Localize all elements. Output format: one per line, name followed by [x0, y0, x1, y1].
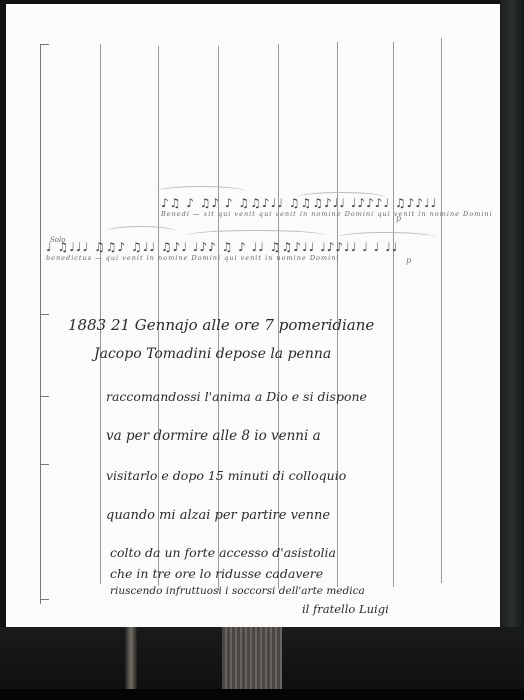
dynamic-marking-lower: p [406, 256, 411, 265]
column-rule [337, 42, 338, 587]
plate-right-edge [500, 0, 524, 700]
note-line-3: raccomandossi l'anima a Dio e si dispone [106, 389, 367, 404]
column-rule [441, 38, 442, 583]
note-line-2: Jacopo Tomadini depose la penna [94, 346, 331, 362]
note-line-6: quando mi alzai per partire venne [106, 508, 330, 523]
column-rule [393, 42, 394, 587]
note-line-9: riuscendo infruttuosi i soccorsi dell'ar… [110, 585, 365, 597]
note-line-1: 1883 21 Gennajo alle ore 7 pomeridiane [68, 316, 374, 334]
staff-lower-lyric: benedictus — qui venit in nomine Domini … [46, 254, 398, 262]
note-line-5: visitarlo e dopo 15 minuti di colloquio [106, 468, 346, 483]
music-staff-lower: ♩ ♫♩♩♩ ♫♫♪ ♫♩♩ ♫♪♩ ♩♪♪ ♫ ♪ ♩♩ ♫♫♪♩♩ ♩♪♪♩… [46, 240, 398, 262]
signature: il fratello Luigi [302, 602, 389, 616]
staff-upper-lyric: Benedi — xit qui venit qui venit in nomi… [161, 210, 493, 218]
staff-lower-notes: ♩ ♫♩♩♩ ♫♫♪ ♫♩♩ ♫♪♩ ♩♪♪ ♫ ♪ ♩♩ ♫♫♪♩♩ ♩♪♪♩… [46, 240, 398, 254]
column-rule [100, 44, 101, 584]
plate-bottom-border [0, 689, 524, 700]
manuscript-page: ♪♫ ♪ ♫♪ ♪ ♫♫♪♩♩ ♫♫♫♪♩♩ ♩♪♪♪♩ ♫♪♪♩♩ Bened… [6, 4, 500, 628]
dynamic-marking-upper: p [396, 214, 401, 223]
staff-upper-notes: ♪♫ ♪ ♫♪ ♪ ♫♫♪♩♩ ♫♫♫♪♩♩ ♩♪♪♪♩ ♫♪♪♩♩ [161, 196, 493, 210]
note-line-7: colto da un forte accesso d'asistolia [110, 545, 336, 560]
note-line-8: che in tre ore lo ridusse cadavere [110, 566, 323, 581]
striped-support [222, 627, 282, 689]
light-streak [125, 627, 137, 689]
slur [106, 226, 176, 237]
music-staff-upper: ♪♫ ♪ ♫♪ ♪ ♫♫♪♩♩ ♫♫♫♪♩♩ ♩♪♪♪♩ ♫♪♪♩♩ Bened… [161, 196, 493, 218]
left-margin-brace [40, 44, 53, 604]
note-line-4: va per dormire alle 8 io venni a [106, 428, 321, 444]
